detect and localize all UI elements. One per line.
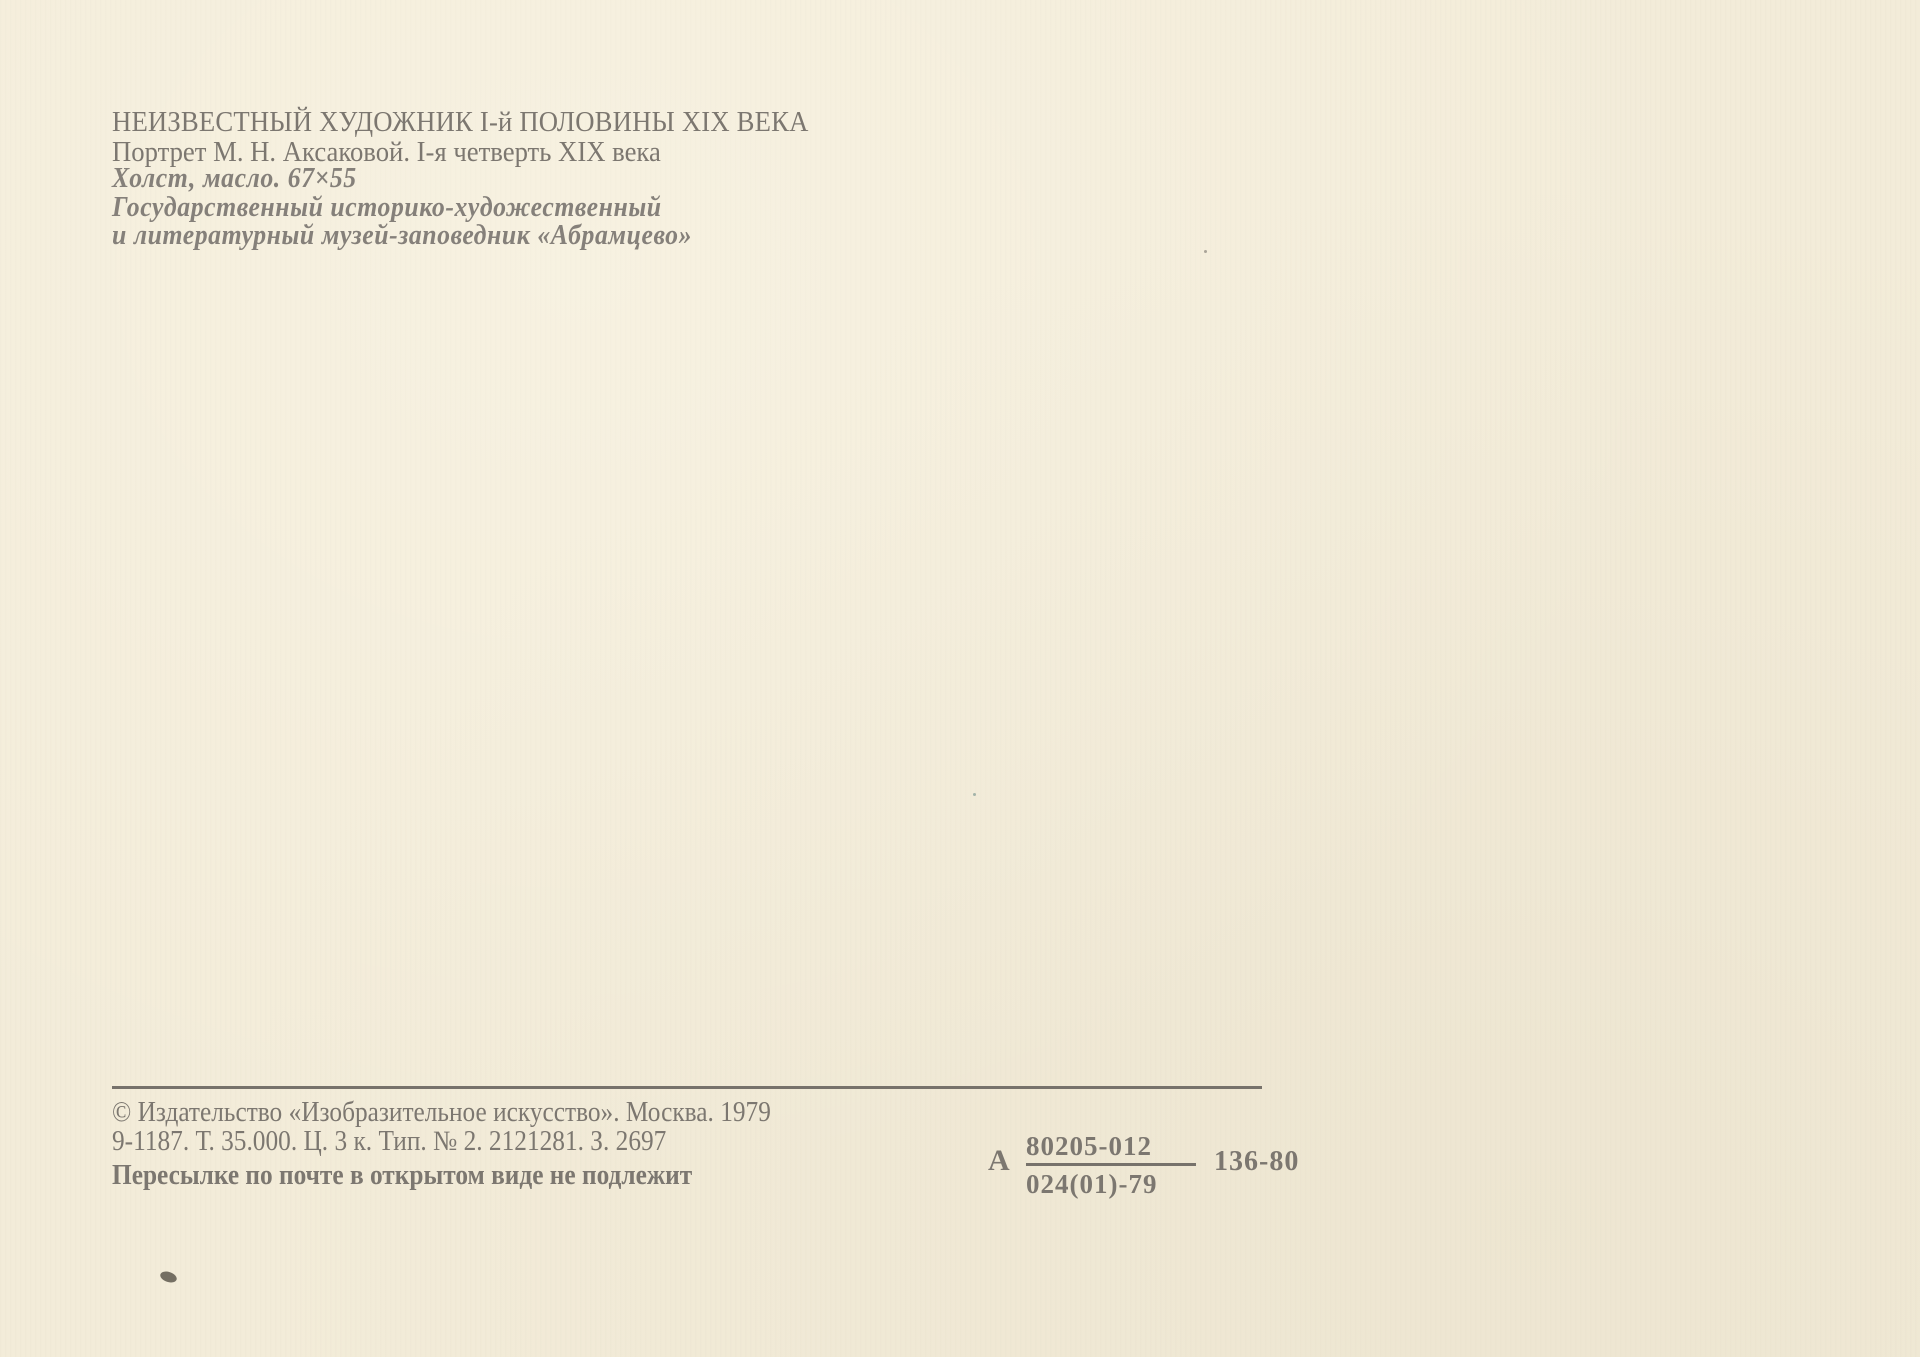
publisher-code-fraction: 80205-012 024(01)-79 bbox=[1026, 1131, 1200, 1199]
paper-speck bbox=[973, 793, 976, 796]
code-numerator: 80205-012 bbox=[1026, 1131, 1200, 1161]
code-letter: А bbox=[988, 1144, 1010, 1178]
artwork-medium: Холст, масло. 67×55 bbox=[112, 163, 357, 195]
code-denominator: 024(01)-79 bbox=[1026, 1169, 1200, 1199]
print-details-line: 9-1187. Т. 35.000. Ц. 3 к. Тип. № 2. 212… bbox=[112, 1126, 666, 1158]
paper-speck bbox=[1204, 250, 1207, 253]
collection-line-2: и литературный музей-заповедник «Абрамце… bbox=[112, 220, 692, 252]
publisher-line: © Издательство «Изобразительное искусств… bbox=[112, 1097, 771, 1129]
imprint-divider bbox=[112, 1086, 1262, 1089]
artist-heading: НЕИЗВЕСТНЫЙ ХУДОЖНИК I-й ПОЛОВИНЫ XIX ВЕ… bbox=[112, 106, 809, 139]
code-suffix: 136-80 bbox=[1214, 1146, 1299, 1178]
postal-note: Пересылке по почте в открытом виде не по… bbox=[112, 1160, 692, 1192]
fraction-bar bbox=[1026, 1163, 1196, 1166]
